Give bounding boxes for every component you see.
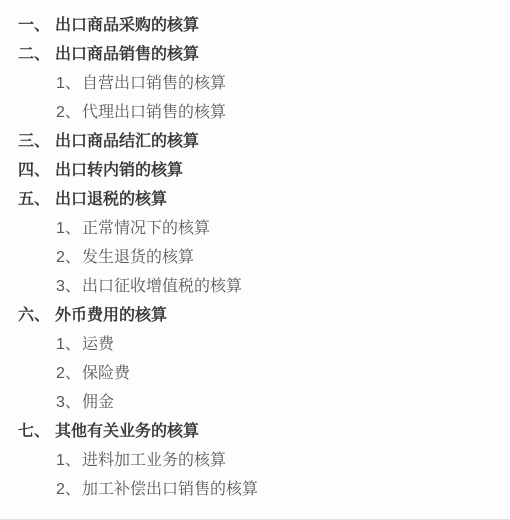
- item-number: 五、: [18, 185, 55, 214]
- document-outline: 一、出口商品采购的核算 二、出口商品销售的核算 1、自营出口销售的核算 2、代理…: [0, 0, 510, 504]
- item-text: 自营出口销售的核算: [82, 75, 226, 92]
- item-number: 2、: [56, 475, 82, 504]
- item-number: 2、: [56, 359, 82, 388]
- outline-item: 七、其他有关业务的核算: [0, 417, 510, 446]
- item-text: 外币费用的核算: [55, 307, 167, 324]
- item-number: 1、: [56, 446, 82, 475]
- outline-subitem: 2、保险费: [0, 359, 510, 388]
- outline-item: 二、出口商品销售的核算: [0, 40, 510, 69]
- item-number: 二、: [18, 40, 55, 69]
- item-text: 发生退货的核算: [82, 249, 194, 266]
- item-number: 四、: [18, 156, 55, 185]
- outline-subitem: 2、代理出口销售的核算: [0, 98, 510, 127]
- item-number: 1、: [56, 69, 82, 98]
- outline-subitem: 2、加工补偿出口销售的核算: [0, 475, 510, 504]
- item-number: 七、: [18, 417, 55, 446]
- item-text: 保险费: [82, 365, 130, 382]
- item-number: 3、: [56, 388, 82, 417]
- item-text: 加工补偿出口销售的核算: [82, 481, 258, 498]
- item-number: 3、: [56, 272, 82, 301]
- item-number: 2、: [56, 243, 82, 272]
- item-text: 佣金: [82, 394, 114, 411]
- outline-item: 一、出口商品采购的核算: [0, 11, 510, 40]
- item-text: 出口退税的核算: [55, 191, 167, 208]
- item-text: 代理出口销售的核算: [82, 104, 226, 121]
- item-text: 出口商品销售的核算: [55, 46, 199, 63]
- item-number: 一、: [18, 11, 55, 40]
- item-text: 出口商品采购的核算: [55, 17, 199, 34]
- item-text: 其他有关业务的核算: [55, 423, 199, 440]
- outline-subitem: 2、发生退货的核算: [0, 243, 510, 272]
- item-number: 六、: [18, 301, 55, 330]
- item-number: 1、: [56, 330, 82, 359]
- item-text: 出口转内销的核算: [55, 162, 183, 179]
- outline-subitem: 1、正常情况下的核算: [0, 214, 510, 243]
- item-text: 出口征收增值税的核算: [82, 278, 242, 295]
- outline-item: 六、外币费用的核算: [0, 301, 510, 330]
- outline-item: 四、出口转内销的核算: [0, 156, 510, 185]
- item-number: 三、: [18, 127, 55, 156]
- outline-subitem: 3、佣金: [0, 388, 510, 417]
- item-text: 运费: [82, 336, 114, 353]
- item-text: 出口商品结汇的核算: [55, 133, 199, 150]
- outline-item: 三、出口商品结汇的核算: [0, 127, 510, 156]
- outline-subitem: 1、进料加工业务的核算: [0, 446, 510, 475]
- item-number: 2、: [56, 98, 82, 127]
- item-text: 进料加工业务的核算: [82, 452, 226, 469]
- item-text: 正常情况下的核算: [82, 220, 210, 237]
- outline-subitem: 3、出口征收增值税的核算: [0, 272, 510, 301]
- outline-item: 五、出口退税的核算: [0, 185, 510, 214]
- outline-subitem: 1、自营出口销售的核算: [0, 69, 510, 98]
- item-number: 1、: [56, 214, 82, 243]
- outline-subitem: 1、运费: [0, 330, 510, 359]
